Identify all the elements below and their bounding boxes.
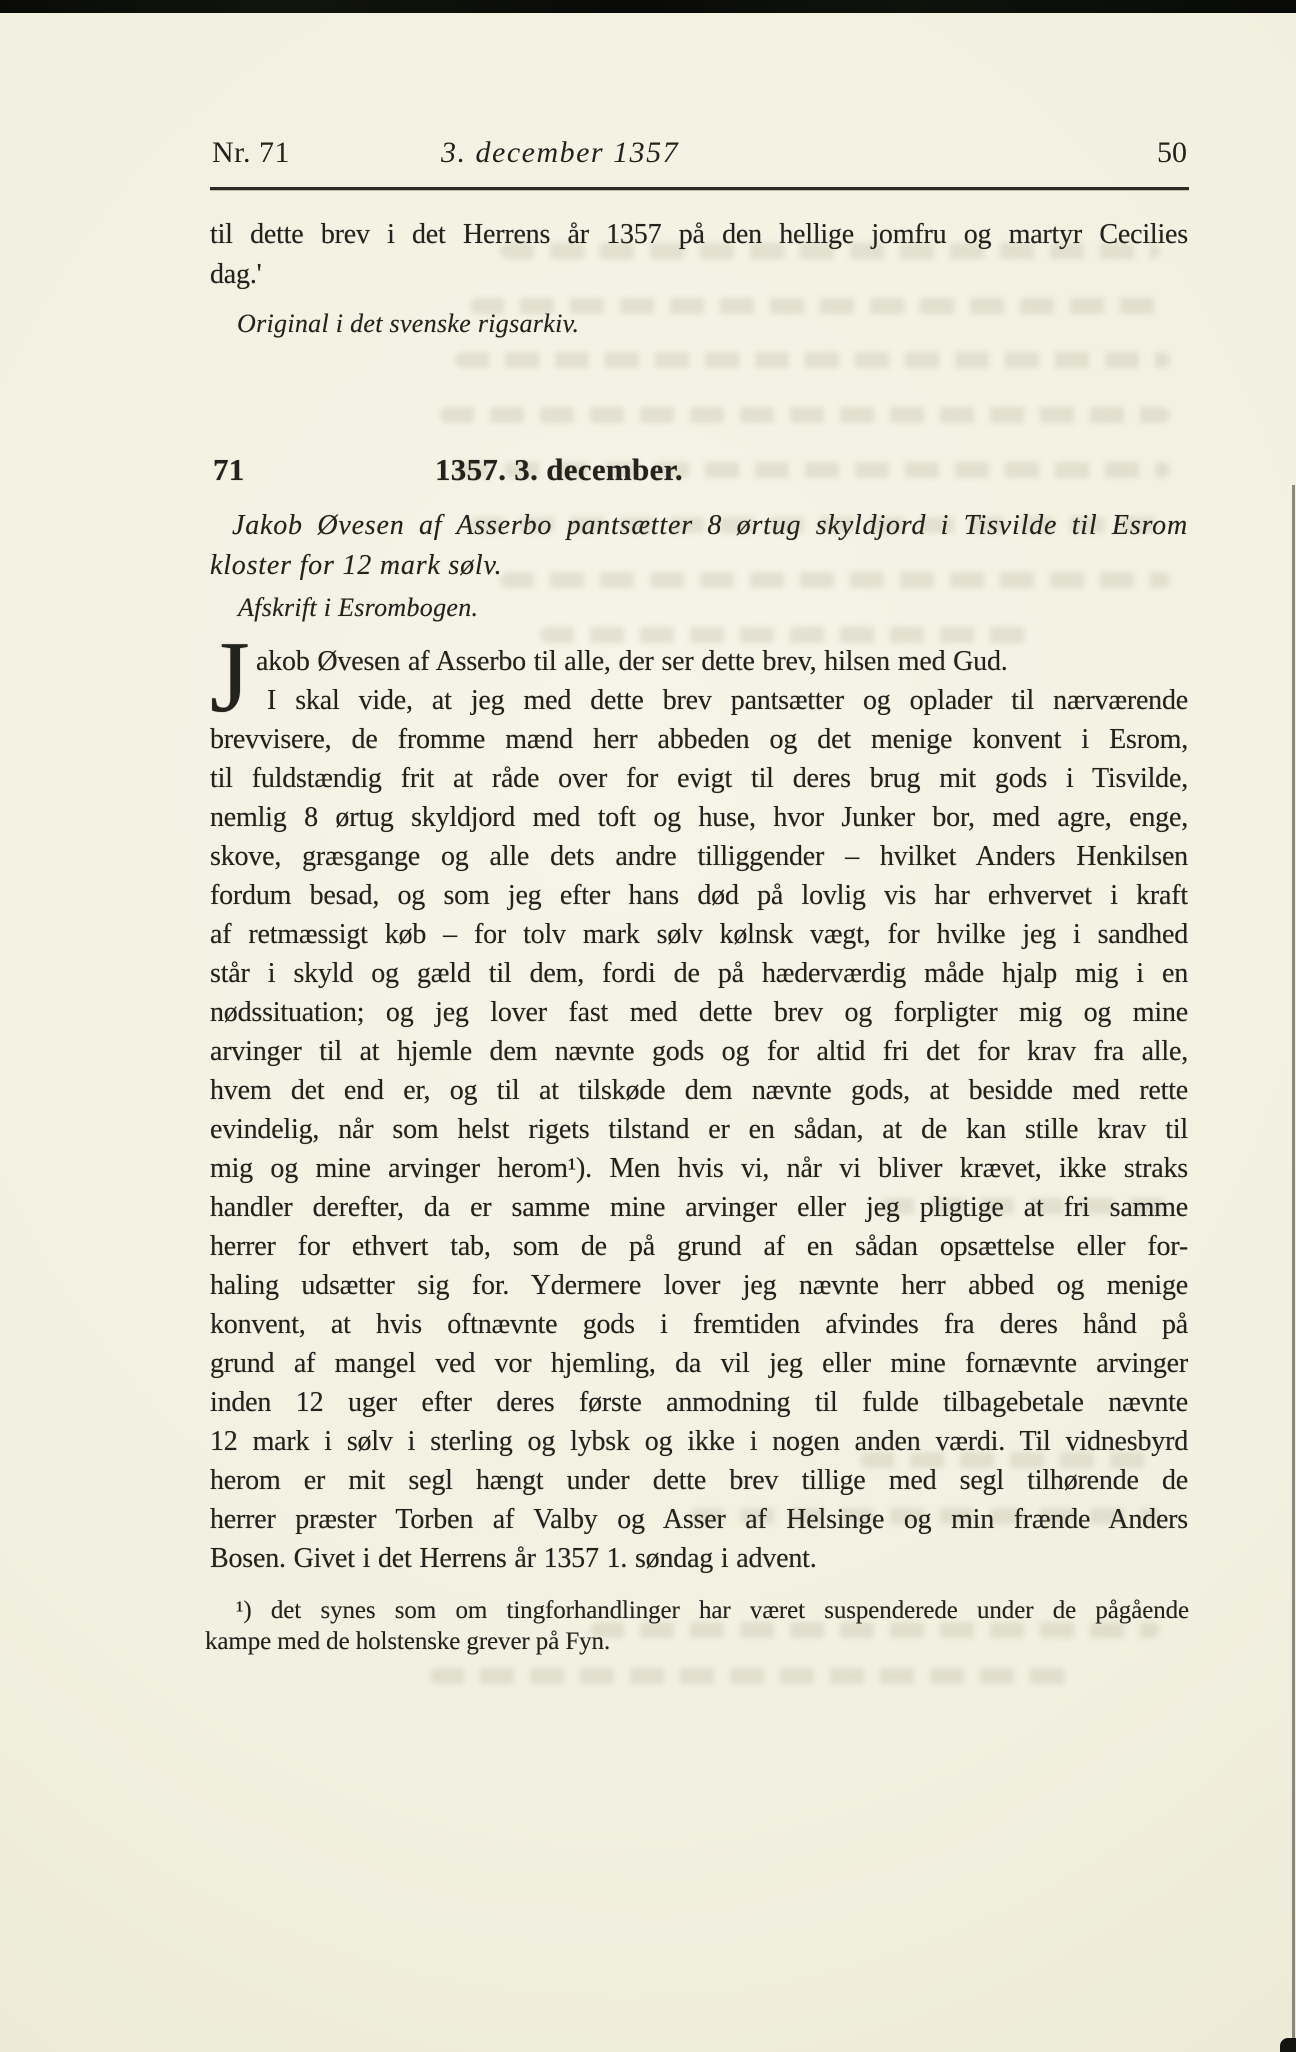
carryover-paragraph: til dette brev i det Herrens år 1357 på … [210, 215, 1188, 295]
body-line: arvinger til at hjemle dem nævnte gods o… [210, 1032, 1188, 1071]
body-line: I skal vide, at jeg med dette brev pants… [210, 681, 1188, 720]
summary-line: kloster for 12 mark sølv. [210, 546, 1188, 586]
bleedthrough-line [455, 352, 1170, 368]
body-line: grund af mangel ved vor hjemling, da vil… [210, 1344, 1188, 1383]
body-line: handler derefter, da er samme mine arvin… [210, 1188, 1188, 1227]
carryover-line: til dette brev i det Herrens år 1357 på … [210, 215, 1188, 255]
running-date: 3. december 1357 [441, 136, 679, 170]
body-line: nemlig 8 ørtug skyldjord med toft og hus… [210, 798, 1188, 837]
body-line: af retmæssigt køb – for tolv mark sølv k… [210, 915, 1188, 954]
body-line: inden 12 uger efter deres første anmodni… [210, 1383, 1188, 1422]
body-line: herom er mit segl hængt under dette brev… [210, 1461, 1188, 1500]
entry-date-heading: 1357. 3. december. [435, 452, 683, 488]
footnote-line: ¹) det synes som om tingforhandlinger ha… [205, 1595, 1189, 1626]
page-number: 50 [1157, 136, 1187, 170]
entry-number: 71 [213, 452, 245, 488]
body-line: fordum besad, og som jeg efter hans død … [210, 876, 1188, 915]
entry-heading: 71 1357. 3. december. [210, 452, 1188, 492]
entry-summary: Jakob Øvesen af Asserbo pantsætter 8 ørt… [210, 506, 1188, 586]
bleedthrough-line [430, 1668, 1080, 1684]
entry-footnote: ¹) det synes som om tingforhandlinger ha… [205, 1595, 1189, 1657]
bleedthrough-line [440, 407, 1170, 423]
body-line: 12 mark i sølv i sterling og lybsk og ik… [210, 1422, 1188, 1461]
source-note-original: Original i det svenske rigsarkiv. [237, 309, 579, 339]
body-line: mig og mine arvinger herom¹). Men hvis v… [210, 1149, 1188, 1188]
body-line: evindelig, når som helst rigets tilstand… [210, 1110, 1188, 1149]
body-line: herrer for ethvert tab, som de på grund … [210, 1227, 1188, 1266]
scan-corner-mark [1280, 2038, 1296, 2052]
body-line: står i skyld og gæld til dem, fordi de p… [210, 954, 1188, 993]
bleedthrough-line [540, 627, 1040, 643]
body-line: Bosen. Givet i det Herrens år 1357 1. sø… [210, 1539, 1188, 1578]
source-note-afskrift: Afskrift i Esrombogen. [238, 593, 478, 623]
body-line: haling udsætter sig for. Ydermere lover … [210, 1266, 1188, 1305]
body-line: konvent, at hvis oftnævnte gods i fremti… [210, 1305, 1188, 1344]
body-line: nødssituation; og jeg lover fast med det… [210, 993, 1188, 1032]
body-line: til fuldstændig frit at råde over for ev… [210, 759, 1188, 798]
running-header: Nr. 71 3. december 1357 50 [210, 136, 1188, 176]
summary-line: Jakob Øvesen af Asserbo pantsætter 8 ørt… [210, 506, 1188, 546]
scan-edge-right [1292, 485, 1295, 2051]
body-line: hvem det end er, og til at tilskøde dem … [210, 1071, 1188, 1110]
body-line: akob Øvesen af Asserbo til alle, der ser… [210, 642, 1188, 681]
footnote-line: kampe med de holstenske grever på Fyn. [205, 1626, 1189, 1657]
body-line: skove, græsgange og alle dets andre till… [210, 837, 1188, 876]
dropcap-initial: J [210, 627, 250, 729]
body-line: brevvisere, de fromme mænd herr abbeden … [210, 720, 1188, 759]
document-number: Nr. 71 [212, 136, 290, 170]
carryover-line: dag.' [210, 255, 1188, 295]
body-line: herrer præster Torben af Valby og Asser … [210, 1500, 1188, 1539]
entry-body: J akob Øvesen af Asserbo til alle, der s… [210, 642, 1188, 1578]
scan-edge-top [0, 0, 1296, 13]
scanned-book-page: Nr. 71 3. december 1357 50 til dette bre… [0, 0, 1296, 2052]
header-rule [210, 187, 1189, 190]
